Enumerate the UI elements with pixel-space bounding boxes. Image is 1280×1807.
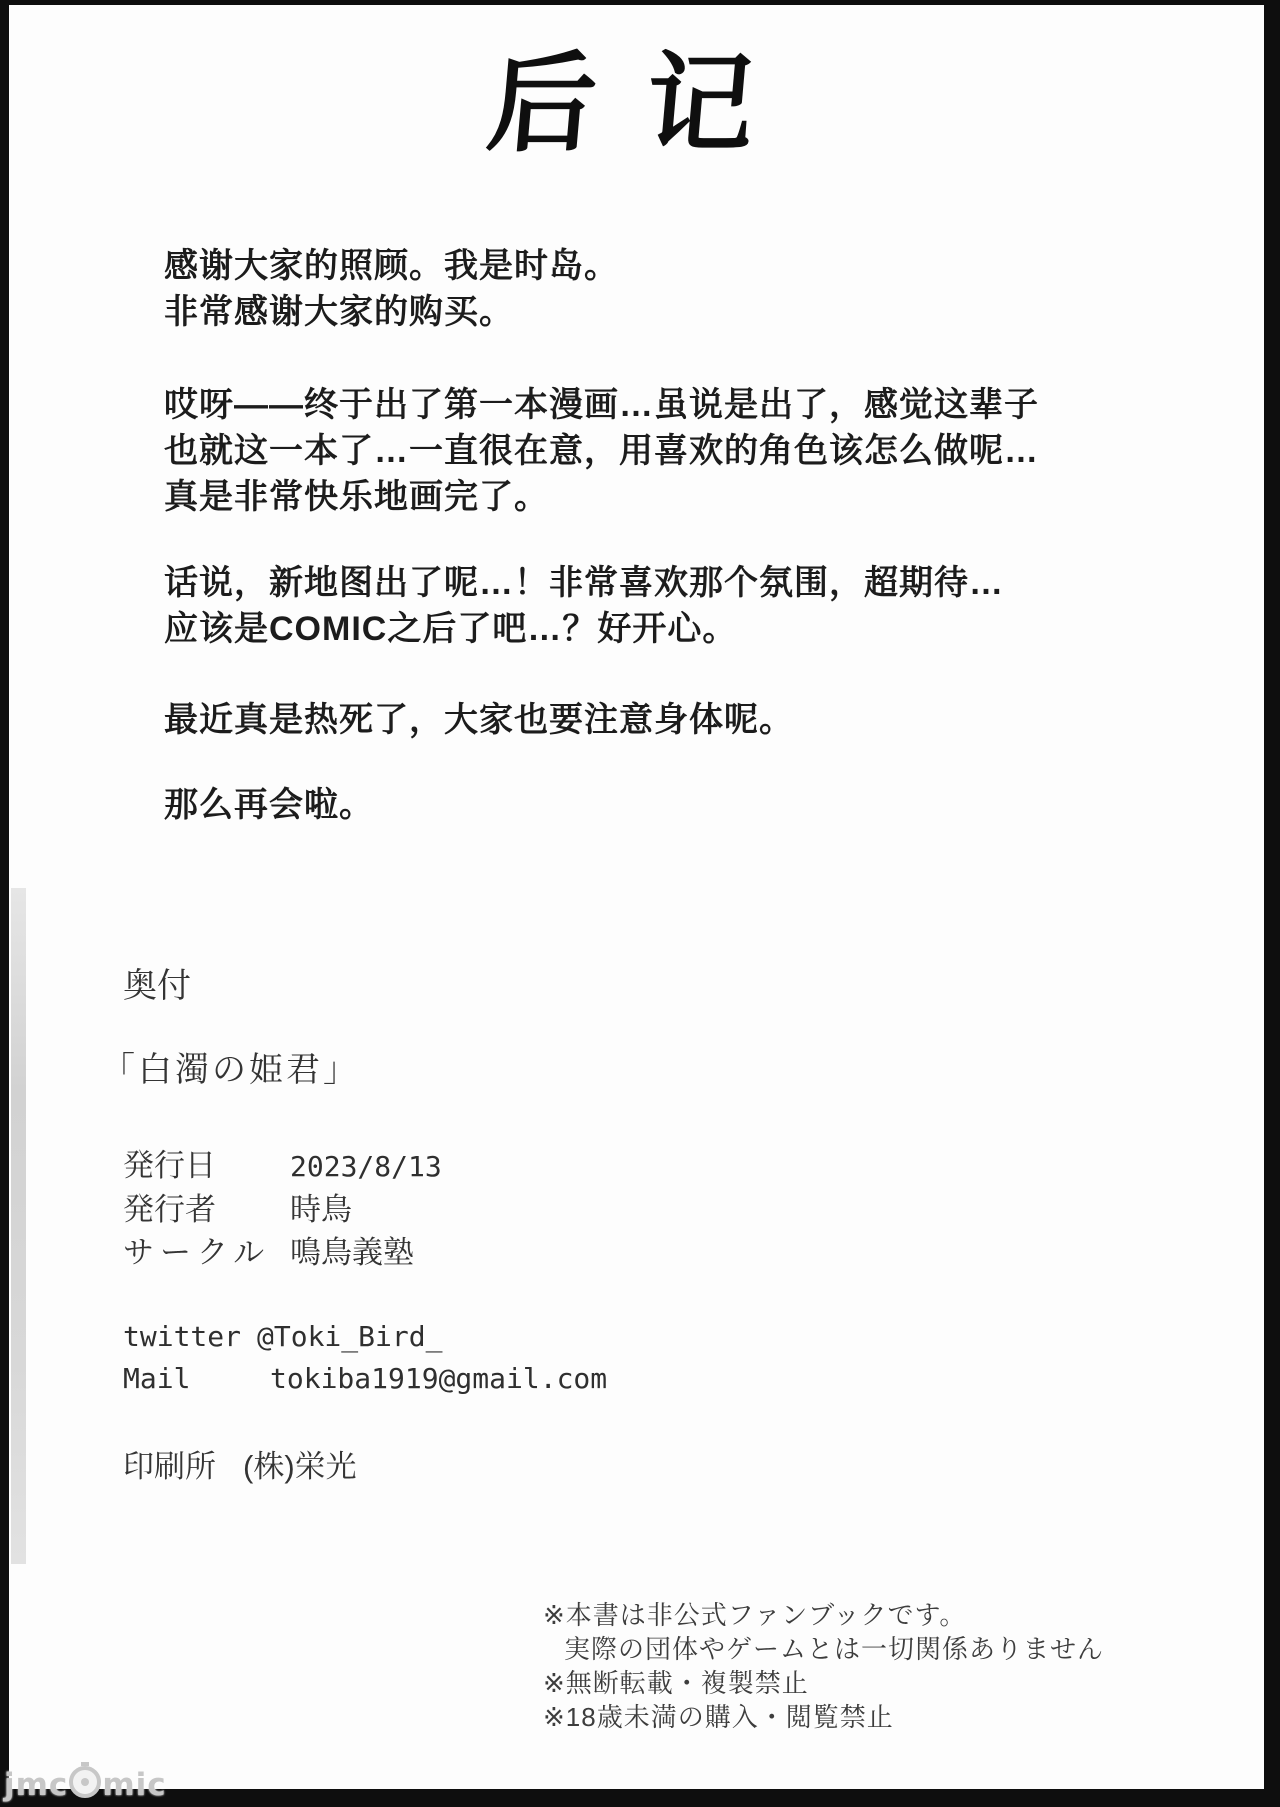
disclaimer-line: 実際の団体やゲームとは一切関係ありません: [543, 1632, 1104, 1666]
colophon-label: twitter: [123, 1320, 257, 1353]
colophon-row-printer: 印刷所(株)栄光: [123, 1441, 357, 1486]
colophon-heading: 奥付: [123, 958, 191, 1007]
scan-edge-left: [0, 0, 9, 1807]
disclaimer-block: ※本書は非公式ファンブックです。 実際の団体やゲームとは一切関係ありません ※無…: [543, 1598, 1104, 1734]
disclaimer-line: ※無断転載・複製禁止: [543, 1666, 1104, 1700]
colophon-row-circle: サークル鳴鳥義塾: [123, 1227, 414, 1272]
clock-icon: [69, 1766, 101, 1798]
colophon-row-publish-date: 発行日2023/8/13: [123, 1140, 442, 1185]
scan-edge-top: [0, 0, 1280, 5]
text-line: 真是非常快乐地画完了。: [164, 474, 1174, 520]
watermark-text-right: mic: [102, 1767, 166, 1803]
text-line: 非常感谢大家的购买。: [164, 289, 1174, 335]
scan-shadow-band: [11, 888, 26, 1564]
colophon-value: (株)栄光: [243, 1449, 357, 1484]
afterword-paragraph: 感谢大家的照顾。我是时岛。 非常感谢大家的购买。: [164, 243, 1174, 335]
afterword-scan-page: 后记 感谢大家的照顾。我是时岛。 非常感谢大家的购买。 哎呀——终于出了第一本漫…: [0, 0, 1280, 1807]
colophon-row-twitter: twitter@Toki_Bird_: [123, 1318, 442, 1354]
disclaimer-line: ※18歳未満の購入・閲覧禁止: [543, 1700, 1104, 1734]
email-address: tokiba1919@gmail.com: [270, 1362, 607, 1395]
afterword-paragraph: 哎呀——终于出了第一本漫画…虽说是出了，感觉这辈子 也就这一本了…一直很在意，用…: [164, 382, 1174, 520]
afterword-paragraph: 话说，新地图出了呢…！非常喜欢那个氛围，超期待… 应该是COMIC之后了吧…？好…: [164, 560, 1174, 652]
colophon-label: 印刷所: [123, 1441, 243, 1486]
colophon-label: Mail: [123, 1362, 270, 1395]
afterword-paragraph: 最近真是热死了，大家也要注意身体呢。: [164, 697, 1174, 743]
book-title: 「白濁の姫君」: [101, 1042, 360, 1091]
colophon-value: 2023/8/13: [290, 1150, 442, 1183]
page-title: 后记: [0, 40, 1280, 170]
text-line: 那么再会啦。: [164, 782, 1174, 828]
colophon-label: サークル: [123, 1227, 290, 1272]
text-line: 也就这一本了…一直很在意，用喜欢的角色该怎么做呢…: [164, 428, 1174, 474]
disclaimer-line: ※本書は非公式ファンブックです。: [543, 1598, 1104, 1632]
colophon-label: 発行者: [123, 1184, 290, 1229]
text-line: 最近真是热死了，大家也要注意身体呢。: [164, 697, 1174, 743]
watermark-text-left: jmc: [4, 1767, 68, 1803]
text-line: 话说，新地图出了呢…！非常喜欢那个氛围，超期待…: [164, 560, 1174, 606]
afterword-paragraph: 那么再会啦。: [164, 782, 1174, 828]
scan-edge-bottom: [0, 1789, 1280, 1807]
colophon-value: 鳴鳥義塾: [290, 1235, 414, 1270]
text-line: 应该是COMIC之后了吧…？好开心。: [164, 606, 1174, 652]
scan-edge-right: [1264, 0, 1280, 1807]
colophon-label: 発行日: [123, 1140, 290, 1185]
colophon-row-publisher: 発行者時鳥: [123, 1184, 352, 1229]
text-line: 感谢大家的照顾。我是时岛。: [164, 243, 1174, 289]
jmcomic-watermark: jmcmic: [4, 1766, 167, 1803]
twitter-handle: @Toki_Bird_: [257, 1320, 442, 1353]
text-line: 哎呀——终于出了第一本漫画…虽说是出了，感觉这辈子: [164, 382, 1174, 428]
colophon-row-mail: Mailtokiba1919@gmail.com: [123, 1360, 607, 1396]
colophon-value: 時鳥: [290, 1192, 352, 1227]
